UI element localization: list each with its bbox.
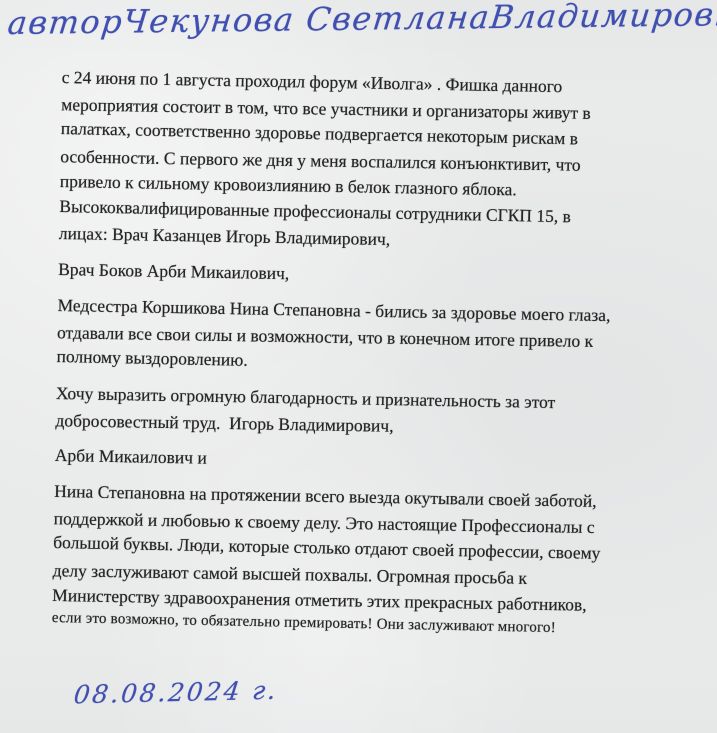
text-line: Арби Микаилович и (55, 442, 703, 480)
letter-body: с 24 июня по 1 августа проходил форум «И… (51, 64, 709, 652)
paragraph-doctor-bokov: Врач Боков Арби Микаилович, (58, 256, 706, 294)
author-label: автор (6, 3, 125, 42)
scanned-letter-page: автор Чекунова Светлана Владимировна— с … (0, 0, 717, 733)
handwritten-author-line: автор Чекунова Светлана Владимировна— (6, 0, 709, 42)
author-first-names: Чекунова Светлана (121, 0, 492, 41)
paragraph-gratitude: Хочу выразить огромную благодарность и п… (55, 380, 704, 444)
paragraph-nurse-recovery: Медсестра Коршикова Нина Степановна - би… (56, 292, 705, 382)
text-line: Врач Боков Арби Микаилович, (58, 256, 706, 294)
paragraph-arbi: Арби Микаилович и (55, 442, 703, 480)
paragraph-praise-request: Нина Степановна на протяжении всего выез… (52, 478, 703, 642)
author-patronymic: Владимировна— (488, 0, 717, 36)
paragraph-forum-intro: с 24 июня по 1 августа проходил форум «И… (59, 64, 710, 258)
handwritten-date: 08.08.2024 г. (72, 676, 280, 710)
